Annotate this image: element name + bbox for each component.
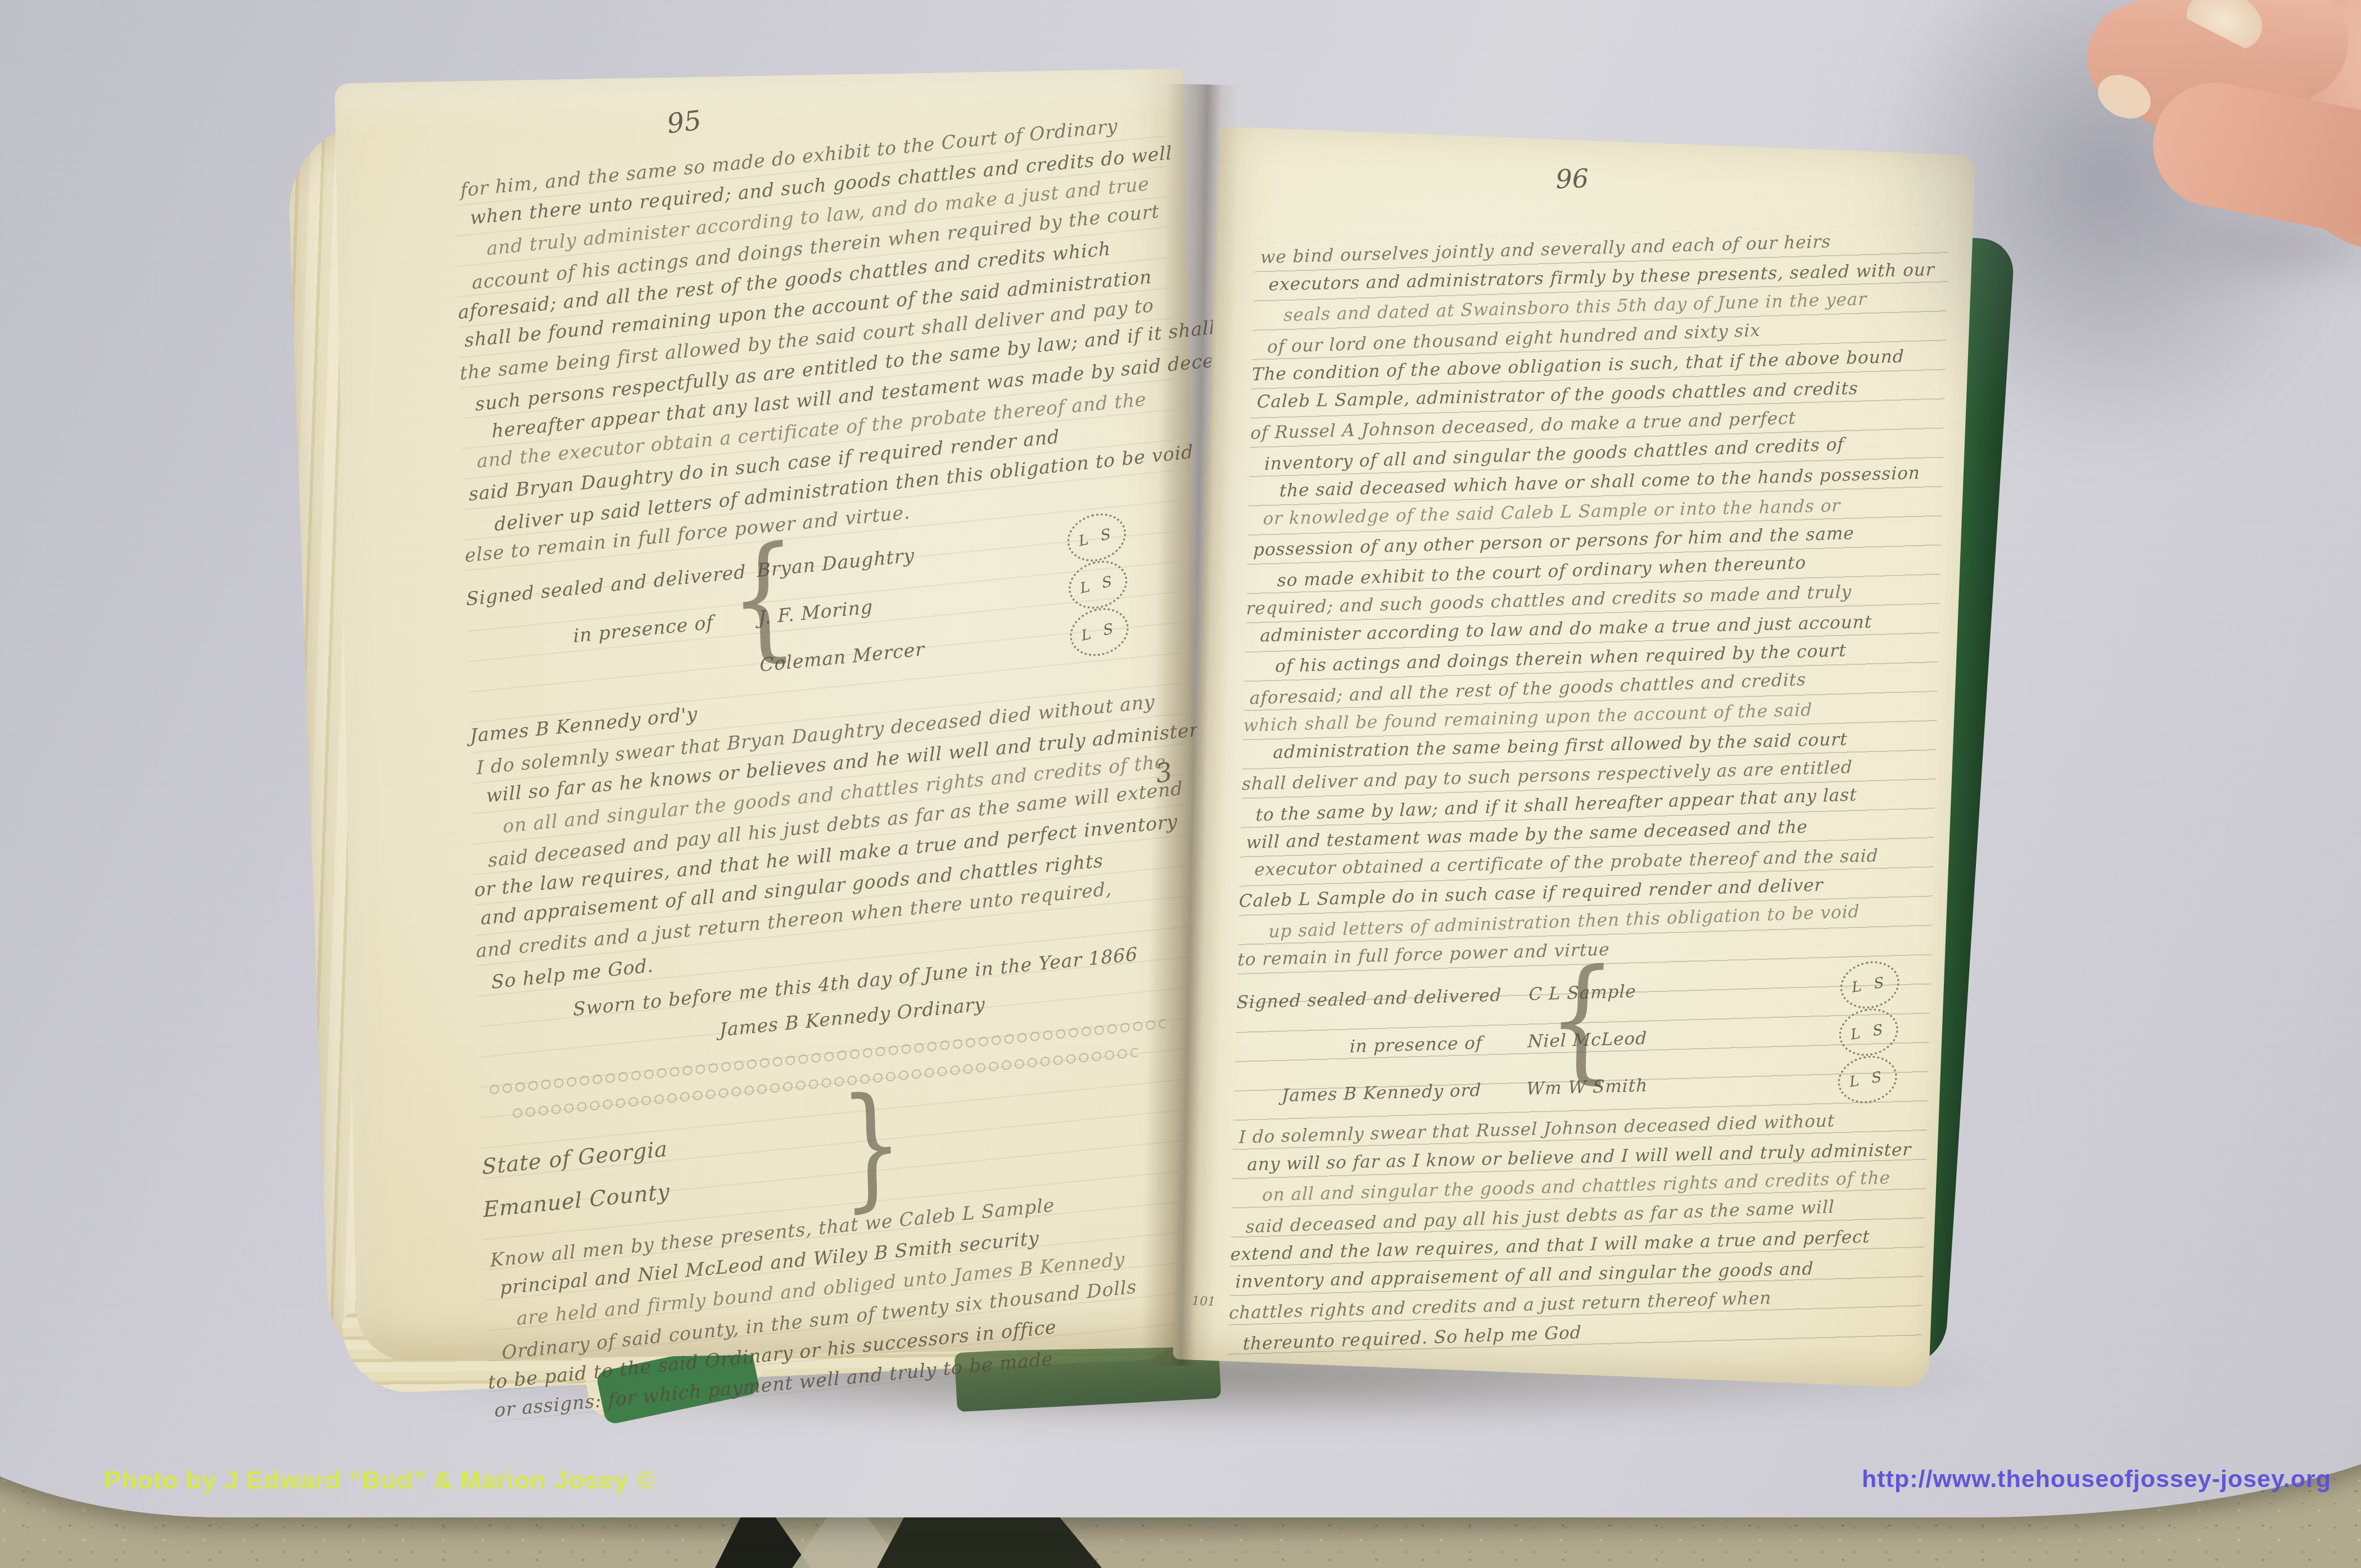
seal-icon: L S — [1837, 1004, 1901, 1061]
signature-label: in presence of — [1235, 1028, 1483, 1064]
watermark-website-url: http://www.thehouseofjossey-josey.org — [1862, 1466, 2331, 1493]
seal-label: L S — [1080, 619, 1118, 645]
seal-label: L S — [1851, 973, 1889, 996]
left-page-number: 95 — [665, 105, 703, 140]
seal-icon: L S — [1838, 957, 1902, 1013]
right-page-text: we bind ourselves jointly and severally … — [1228, 224, 1949, 1357]
seal-label: L S — [1079, 572, 1117, 597]
signature-label — [469, 670, 715, 694]
right-page-number: 96 — [1555, 163, 1589, 194]
watermark-photo-credit: Photo by J Edward “Bud” & Marion Josey © — [104, 1466, 655, 1495]
right-signature-block: { Signed sealed and delivered C L Sample… — [1234, 959, 1932, 1121]
seal-icon: L S — [1835, 1051, 1900, 1108]
photo-of-open-record-book: 95 3 for him, and the same so made do ex… — [0, 0, 2361, 1568]
right-page: 96 101 we bind ourselves jointly and sev… — [1173, 126, 1975, 1388]
brace-icon: { — [1546, 951, 1617, 1087]
signature-label: Signed sealed and delivered — [1236, 981, 1484, 1017]
brace-icon: } — [839, 1077, 904, 1216]
left-page-text: for him, and the same so made do exhibit… — [454, 106, 1200, 1428]
left-body-lines: for him, and the same so made do exhibit… — [454, 106, 1176, 571]
brace-icon: { — [728, 528, 799, 668]
right-body-lines: we bind ourselves jointly and severally … — [1237, 224, 1949, 975]
right-oath-lines: I do solemnly swear that Russel Johnson … — [1228, 1104, 1928, 1357]
seal-label: L S — [1850, 1021, 1888, 1043]
signature-label: James B Kennedy ord — [1234, 1076, 1482, 1112]
seal-icon: L S — [1066, 602, 1133, 662]
seal-label: L S — [1848, 1068, 1886, 1091]
left-page: 95 3 for him, and the same so made do ex… — [334, 69, 1205, 1362]
seal-label: L S — [1078, 525, 1116, 550]
